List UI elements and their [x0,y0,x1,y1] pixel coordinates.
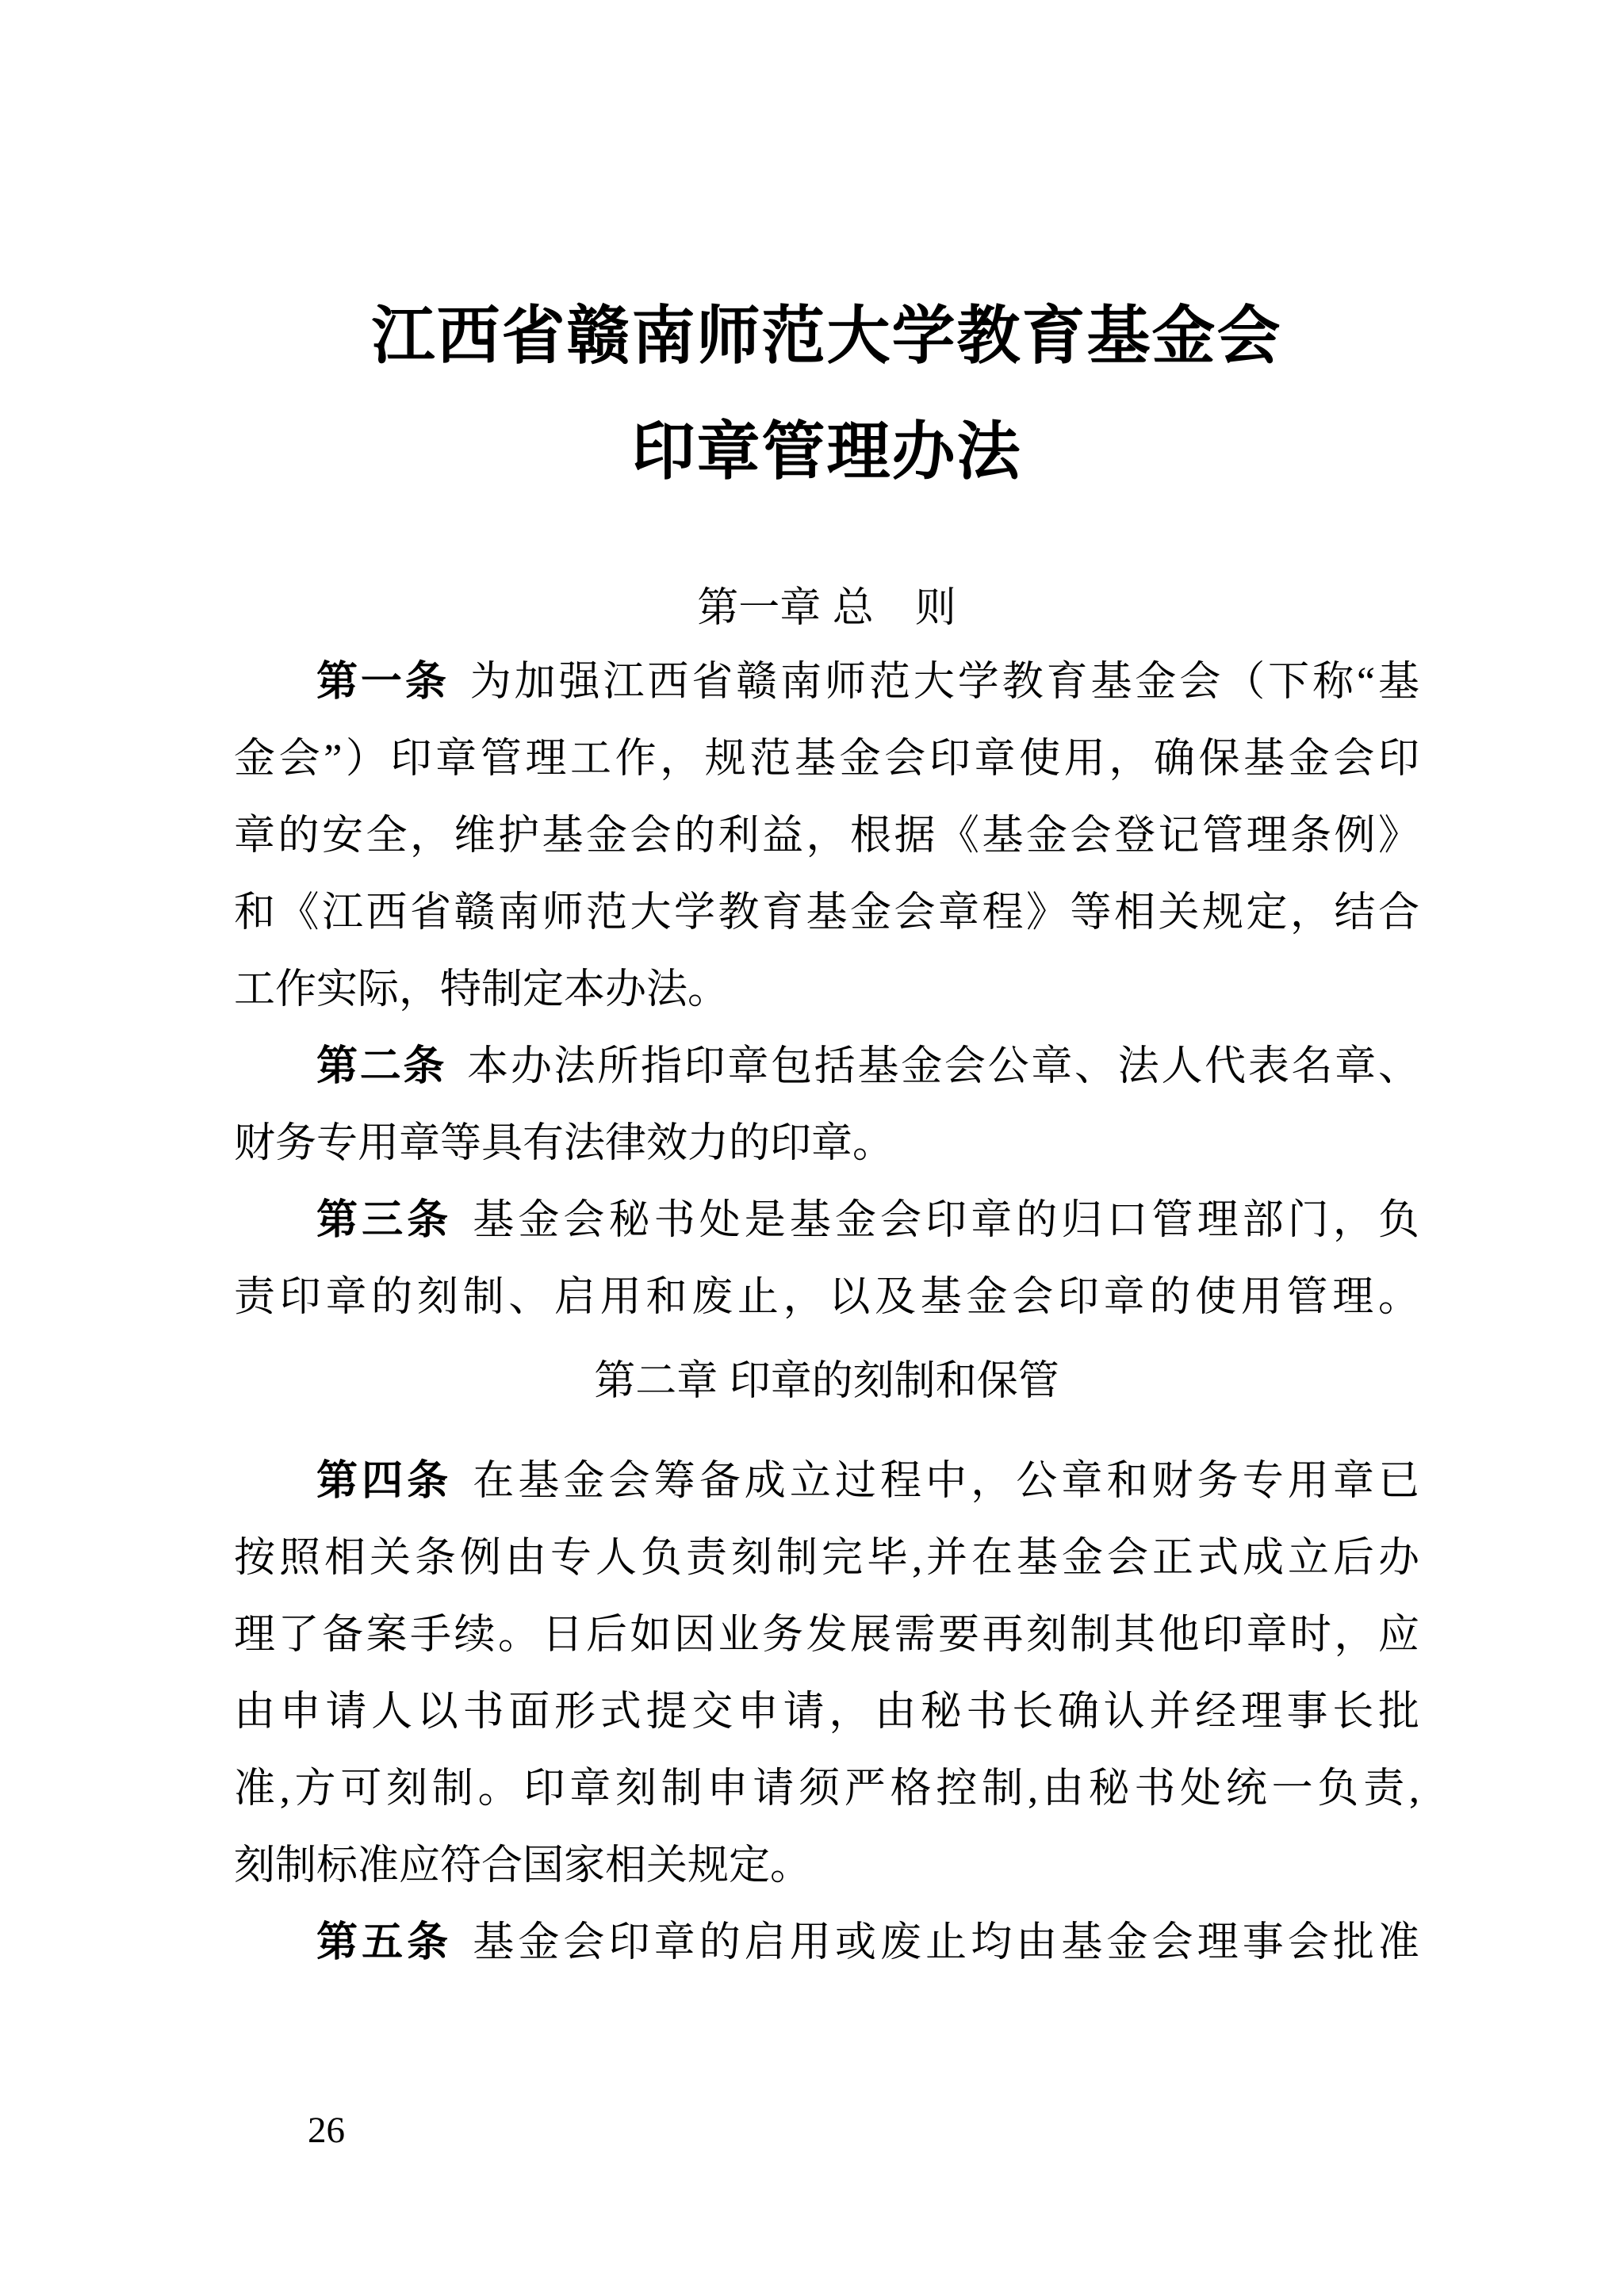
article-number: 第四条 [316,1459,452,1504]
body-line: 准,方可刻制。印章刻制申请须严格控制,由秘书处统一负责, [234,1751,1419,1827]
body-line: 第三条基金会秘书处是基金会印章的归口管理部门，负 [234,1182,1419,1259]
chapter-1-body: 第一条为加强江西省赣南师范大学教育基金会（下称“基 金会”）印章管理工作，规范基… [234,644,1419,1336]
article-number: 第一条 [316,660,450,705]
line-text: 刻制标准应符合国家相关规定。 [234,1843,811,1888]
document-page: 江西省赣南师范大学教育基金会 印章管理办法 第一章 总 则 第一条为加强江西省赣… [0,0,1624,2296]
body-line: 责印章的刻制、启用和废止，以及基金会印章的使用管理。 [234,1259,1419,1336]
document-title-line-2: 印章管理办法 [234,395,1419,511]
line-text: 基金会秘书处是基金会印章的归口管理部门，负 [473,1198,1419,1243]
line-text: 责印章的刻制、启用和废止，以及基金会印章的使用管理。 [234,1275,1419,1320]
line-text: 本办法所指印章包括基金会公章、法人代表名章、 [467,1044,1419,1089]
document-title: 江西省赣南师范大学教育基金会 印章管理办法 [234,279,1419,511]
line-text: 工作实际，特制定本办法。 [234,967,729,1012]
body-line: 和《江西省赣南师范大学教育基金会章程》等相关规定，结合 [234,874,1419,951]
body-line: 第五条基金会印章的启用或废止均由基金会理事会批准 [234,1904,1419,1981]
line-text: 和《江西省赣南师范大学教育基金会章程》等相关规定，结合 [234,890,1419,936]
chapter-2-heading: 第二章 印章的刻制和保管 [234,1357,1419,1405]
line-text: 为加强江西省赣南师范大学教育基金会（下称“基 [470,660,1419,705]
article-number: 第五条 [316,1920,452,1965]
body-line: 章的安全，维护基金会的利益，根据《基金会登记管理条例》 [234,798,1419,874]
body-line: 财务专用章等具有法律效力的印章。 [234,1105,1419,1182]
chapter-1-heading: 第一章 总 则 [234,584,1419,632]
article-number: 第二条 [316,1044,446,1089]
body-line: 由申请人以书面形式提交申请，由秘书长确认并经理事长批 [234,1674,1419,1751]
line-text: 在基金会筹备成立过程中，公章和财务专用章已 [473,1459,1419,1504]
line-text: 金会”）印章管理工作，规范基金会印章使用，确保基金会印 [234,737,1419,782]
body-line: 按照相关条例由专人负责刻制完毕,并在基金会正式成立后办 [234,1520,1419,1597]
line-text: 理了备案手续。日后如因业务发展需要再刻制其他印章时，应 [234,1613,1419,1658]
body-line: 金会”）印章管理工作，规范基金会印章使用，确保基金会印 [234,721,1419,798]
document-title-line-1: 江西省赣南师范大学教育基金会 [234,279,1419,395]
article-number: 第三条 [316,1198,452,1243]
line-text: 准,方可刻制。印章刻制申请须严格控制,由秘书处统一负责, [234,1766,1419,1812]
body-line: 理了备案手续。日后如因业务发展需要再刻制其他印章时，应 [234,1597,1419,1674]
body-line: 刻制标准应符合国家相关规定。 [234,1827,1419,1904]
chapter-2-body: 第四条在基金会筹备成立过程中，公章和财务专用章已 按照相关条例由专人负责刻制完毕… [234,1443,1419,1981]
body-line: 第二条本办法所指印章包括基金会公章、法人代表名章、 [234,1028,1419,1105]
body-line: 第四条在基金会筹备成立过程中，公章和财务专用章已 [234,1443,1419,1520]
line-text: 按照相关条例由专人负责刻制完毕,并在基金会正式成立后办 [234,1536,1419,1581]
body-line: 工作实际，特制定本办法。 [234,951,1419,1028]
line-text: 基金会印章的启用或废止均由基金会理事会批准 [473,1920,1419,1965]
line-text: 章的安全，维护基金会的利益，根据《基金会登记管理条例》 [234,813,1419,859]
line-text: 财务专用章等具有法律效力的印章。 [234,1121,894,1166]
page-number: 26 [308,2110,345,2152]
body-line: 第一条为加强江西省赣南师范大学教育基金会（下称“基 [234,644,1419,721]
line-text: 由申请人以书面形式提交申请，由秘书长确认并经理事长批 [234,1689,1419,1735]
